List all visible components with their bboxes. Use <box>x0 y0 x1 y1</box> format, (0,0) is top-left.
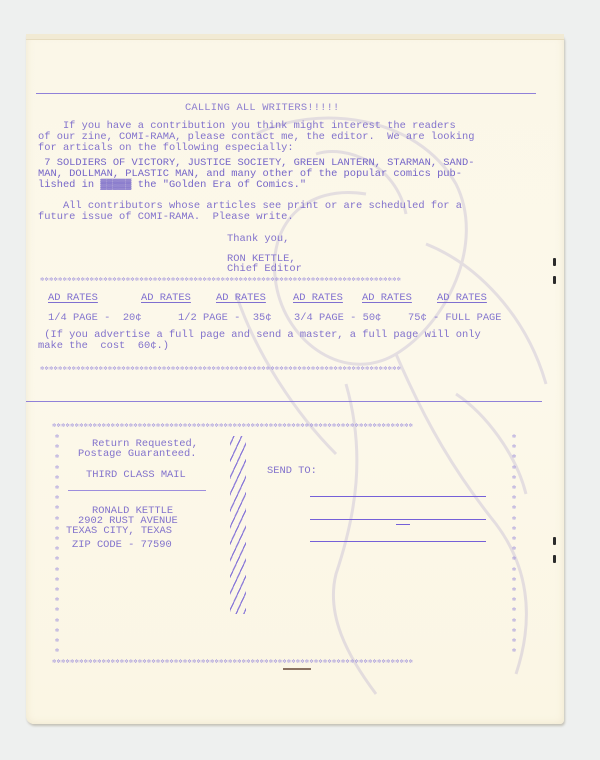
page-top-edge <box>26 34 564 40</box>
sender-zip: ZIP CODE - 77590 <box>72 540 172 551</box>
mailer-border-top: ✲✲✲✲✲✲✲✲✲✲✲✲✲✲✲✲✲✲✲✲✲✲✲✲✲✲✲✲✲✲✲✲✲✲✲✲✲✲✲✲… <box>52 422 518 430</box>
address-line-3 <box>310 541 486 542</box>
ad-rates-header-4: AD RATES <box>293 292 343 304</box>
star-border-1: ✲✲✲✲✲✲✲✲✲✲✲✲✲✲✲✲✲✲✲✲✲✲✲✲✲✲✲✲✲✲✲✲✲✲✲✲✲✲✲✲… <box>40 276 510 284</box>
staple-hole-upper-1 <box>553 258 556 266</box>
signature-title: Chief Editor <box>227 264 302 275</box>
ad-rates-header-3: AD RATES <box>216 292 266 304</box>
page-heading: CALLING ALL WRITERS!!!!! <box>185 102 339 114</box>
contributors-line-2: future issue of COMI-RAMA. Please write. <box>38 212 294 223</box>
ad-rates-header-5: AD RATES <box>362 292 412 304</box>
staple-hole-upper-2 <box>553 276 556 284</box>
topics-line-3: lished in ▓▓▓▓▓ the "Golden Era of Comic… <box>38 180 306 191</box>
top-divider <box>36 93 536 94</box>
address-line-2 <box>310 519 486 520</box>
sender-city: TEXAS CITY, TEXAS <box>66 526 172 537</box>
mailer-border-left: ✲✲✲✲✲✲✲✲✲✲✲✲✲✲✲✲✲✲✲✲✲✲ <box>53 432 61 658</box>
ad-price-half: 1/2 PAGE - 35¢ <box>178 312 272 324</box>
staple-hole-lower-2 <box>553 555 556 563</box>
fold-divider <box>26 401 542 402</box>
intro-line-3: for articals on the following especially… <box>38 143 294 154</box>
ad-rates-header-1: AD RATES <box>48 292 98 304</box>
hatched-stamp-bar <box>230 436 246 614</box>
return-address-divider <box>68 490 206 491</box>
ad-price-full: 75¢ - FULL PAGE <box>408 312 502 324</box>
mail-class: THIRD CLASS MAIL <box>86 470 186 481</box>
postage-guaranteed: Postage Guaranteed. <box>78 449 196 460</box>
address-line-2-mark <box>396 524 410 525</box>
mailer-border-bottom: ✲✲✲✲✲✲✲✲✲✲✲✲✲✲✲✲✲✲✲✲✲✲✲✲✲✲✲✲✲✲✲✲✲✲✲✲✲✲✲✲… <box>52 658 518 666</box>
ad-price-quarter: 1/4 PAGE - 20¢ <box>48 312 142 324</box>
ad-rates-header-6: AD RATES <box>437 292 487 304</box>
address-line-1 <box>310 496 486 497</box>
mailer-border-right: ✲✲✲✲✲✲✲✲✲✲✲✲✲✲✲✲✲✲✲✲✲✲ <box>510 432 518 658</box>
closing-text: Thank you, <box>227 234 289 245</box>
send-to-label: SEND TO: <box>267 466 317 477</box>
staple-hole-lower-1 <box>553 537 556 545</box>
ad-rates-header-2: AD RATES <box>141 292 191 304</box>
ad-price-three-quarter: 3/4 PAGE - 50¢ <box>294 312 381 324</box>
document-page: CALLING ALL WRITERS!!!!! If you have a c… <box>26 34 564 724</box>
ink-mark <box>283 668 311 670</box>
star-border-2: ✲✲✲✲✲✲✲✲✲✲✲✲✲✲✲✲✲✲✲✲✲✲✲✲✲✲✲✲✲✲✲✲✲✲✲✲✲✲✲✲… <box>40 365 506 373</box>
ad-note-line-2: make the cost 60¢.) <box>38 341 169 352</box>
